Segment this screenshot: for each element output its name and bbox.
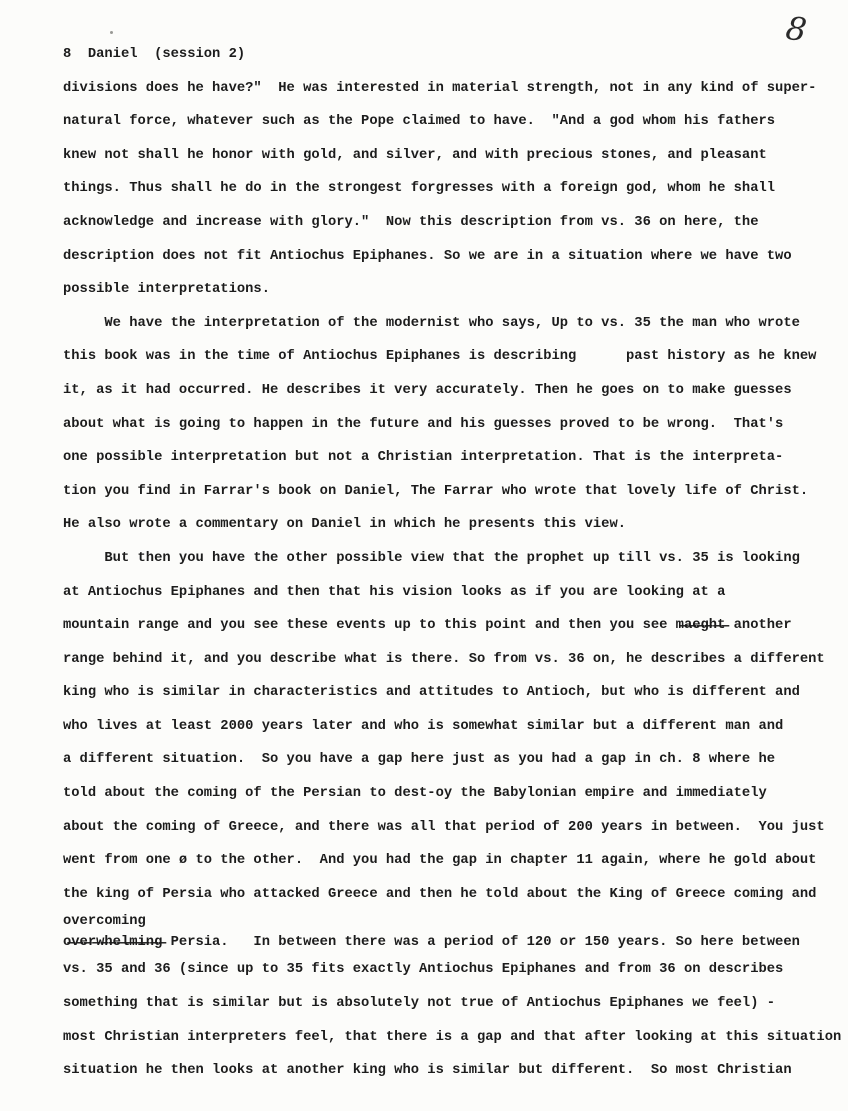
text-line: one possible interpretation but not a Ch… bbox=[63, 441, 848, 475]
text-line: something that is similar but is absolut… bbox=[63, 987, 848, 1021]
text-line: things. Thus shall he do in the stronges… bbox=[63, 172, 848, 206]
text-line: acknowledge and increase with glory." No… bbox=[63, 206, 848, 240]
text-line: king who is similar in characteristics a… bbox=[63, 676, 848, 710]
text-line: this book was in the time of Antiochus E… bbox=[63, 340, 848, 374]
text-line: divisions does he have?" He was interest… bbox=[63, 72, 848, 106]
text-line: about what is going to happen in the fut… bbox=[63, 408, 848, 442]
text-line: at Antiochus Epiphanes and then that his… bbox=[63, 576, 848, 610]
text-line: a different situation. So you have a gap… bbox=[63, 743, 848, 777]
text-line: He also wrote a commentary on Daniel in … bbox=[63, 508, 848, 542]
text-line: description does not fit Antiochus Epiph… bbox=[63, 240, 848, 274]
text-line: We have the interpretation of the modern… bbox=[63, 307, 848, 341]
text-line: vs. 35 and 36 (since up to 35 fits exact… bbox=[63, 953, 848, 987]
document-page: 8 8 Daniel (session 2) divisions does he… bbox=[0, 0, 848, 1111]
text-line: But then you have the other possible vie… bbox=[63, 542, 848, 576]
text-line: overcoming bbox=[63, 911, 848, 932]
text-line: possible interpretations. bbox=[63, 273, 848, 307]
text-line: situation he then looks at another king … bbox=[63, 1054, 848, 1088]
text-line: knew not shall he honor with gold, and s… bbox=[63, 139, 848, 173]
page-header: 8 Daniel (session 2) bbox=[63, 38, 848, 72]
text-line: natural force, whatever such as the Pope… bbox=[63, 105, 848, 139]
text-line: about the coming of Greece, and there wa… bbox=[63, 811, 848, 845]
body-text: divisions does he have?" He was interest… bbox=[63, 72, 848, 1088]
text-line: o̶v̶e̶r̶w̶h̶e̶l̶m̶i̶n̶g̶ Persia. In betw… bbox=[63, 932, 848, 953]
text-line: who lives at least 2000 years later and … bbox=[63, 710, 848, 744]
text-line: most Christian interpreters feel, that t… bbox=[63, 1021, 848, 1055]
text-line: mountain range and you see these events … bbox=[63, 609, 848, 643]
text-line: it, as it had occurred. He describes it … bbox=[63, 374, 848, 408]
text-line: tion you find in Farrar's book on Daniel… bbox=[63, 475, 848, 509]
text-line: range behind it, and you describe what i… bbox=[63, 643, 848, 677]
text-line: the king of Persia who attacked Greece a… bbox=[63, 878, 848, 912]
text-line: told about the coming of the Persian to … bbox=[63, 777, 848, 811]
text-line: went from one ø to the other. And you ha… bbox=[63, 844, 848, 878]
scan-speck bbox=[110, 31, 113, 34]
